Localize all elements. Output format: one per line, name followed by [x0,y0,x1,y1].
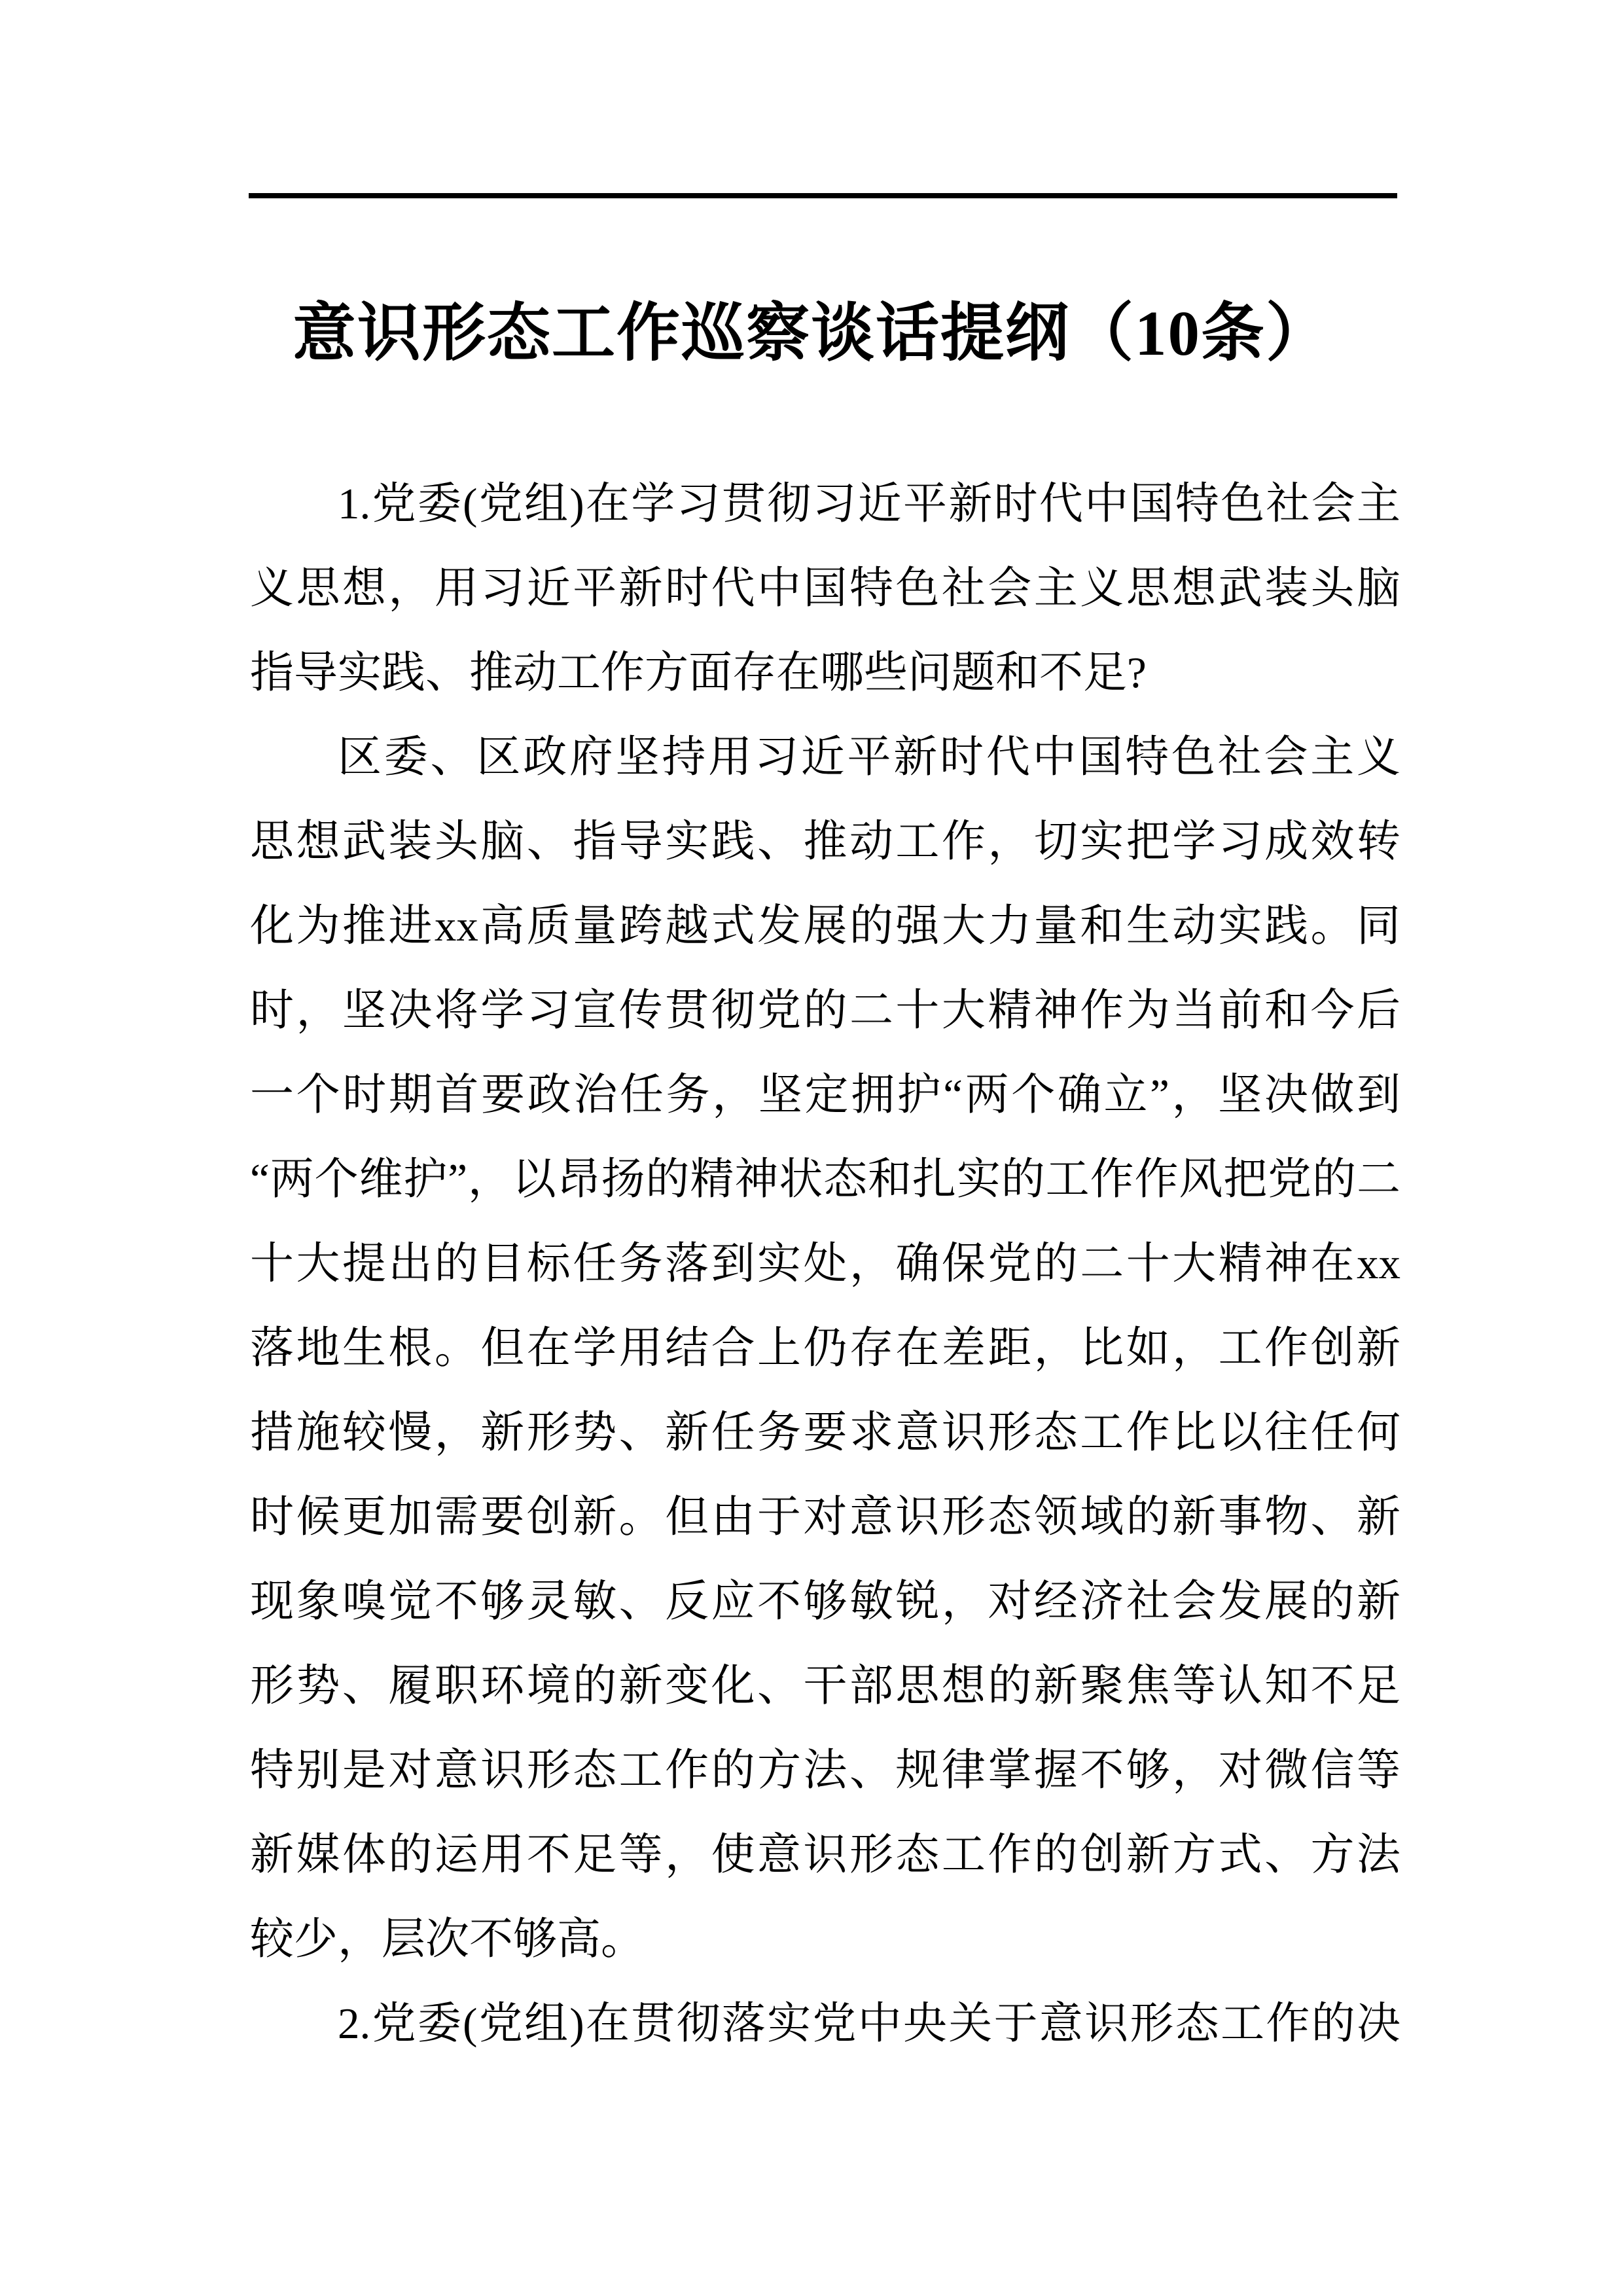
document-page: 意识形态工作巡察谈话提纲（10条） 1.党委(党组)在学习贯彻习近平新时代中国特… [0,0,1623,2296]
body-line: 措施较慢，新形势、新任务要求意识形态工作比以往任何 [250,1391,1400,1475]
body-line: 2.党委(党组)在贯彻落实党中央关于意识形态工作的决 [250,1982,1400,2066]
header-rule-divider [249,193,1397,198]
document-title: 意识形态工作巡察谈话提纲（10条） [0,288,1623,380]
body-line: 落地生根。但在学用结合上仍存在差距，比如，工作创新 [250,1306,1400,1391]
body-line: “两个维护”，以昂扬的精神状态和扎实的工作作风把党的二 [250,1138,1400,1222]
body-line: 一个时期首要政治任务，坚定拥护“两个确立”，坚决做到 [250,1053,1400,1138]
body-line: 时候更加需要创新。但由于对意识形态领域的新事物、新 [250,1475,1400,1560]
body-line: 新媒体的运用不足等，使意识形态工作的创新方式、方法 [250,1813,1400,1897]
document-body: 1.党委(党组)在学习贯彻习近平新时代中国特色社会主 义思想，用习近平新时代中国… [250,462,1400,2066]
body-line: 指导实践、推动工作方面存在哪些问题和不足? [250,631,1400,715]
body-line: 区委、区政府坚持用习近平新时代中国特色社会主义 [250,715,1400,800]
body-line: 义思想，用习近平新时代中国特色社会主义思想武装头脑 [250,547,1400,631]
body-line: 时，坚决将学习宣传贯彻党的二十大精神作为当前和今后 [250,969,1400,1053]
body-line: 较少，层次不够高。 [250,1897,1400,1982]
body-line: 十大提出的目标任务落到实处，确保党的二十大精神在xx [250,1222,1400,1306]
body-line: 思想武装头脑、指导实践、推动工作，切实把学习成效转 [250,800,1400,884]
body-line: 形势、履职环境的新变化、干部思想的新聚焦等认知不足 [250,1644,1400,1729]
body-line: 化为推进xx高质量跨越式发展的强大力量和生动实践。同 [250,884,1400,969]
body-line: 现象嗅觉不够灵敏、反应不够敏锐，对经济社会发展的新 [250,1560,1400,1644]
body-line: 特别是对意识形态工作的方法、规律掌握不够，对微信等 [250,1729,1400,1813]
body-line: 1.党委(党组)在学习贯彻习近平新时代中国特色社会主 [250,462,1400,547]
